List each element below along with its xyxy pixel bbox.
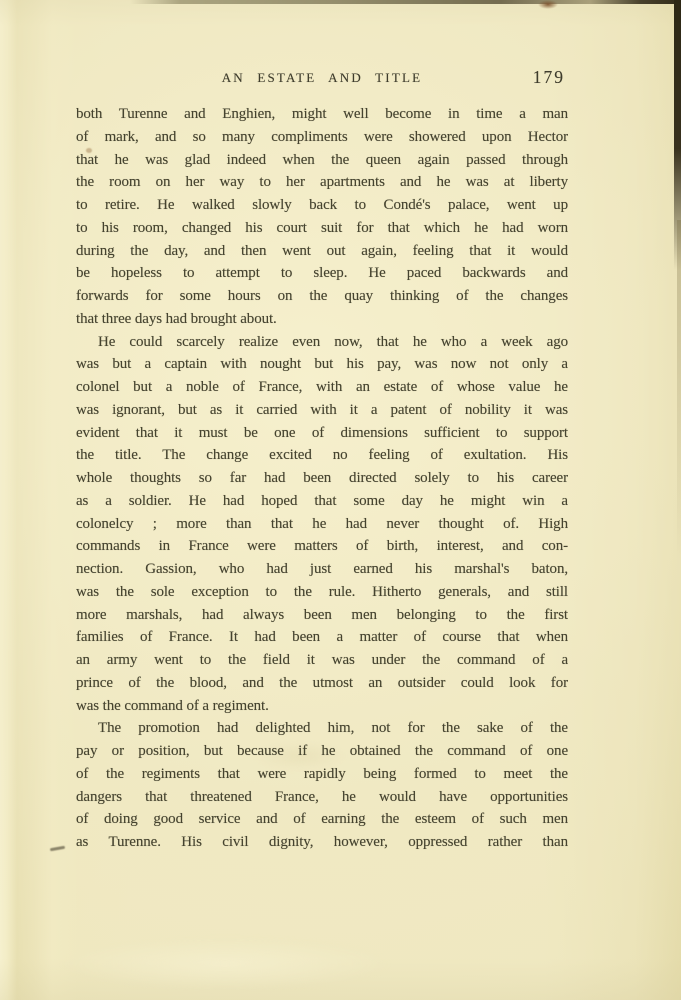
book-page-scan: AN ESTATE AND TITLE 179 both Turenne and… [0,0,681,1000]
text-line: was but a captain with nought but his pa… [76,353,568,376]
text-line: whole thoughts so far had been directed … [76,467,568,490]
text-line: of doing good service and of earning the… [76,808,568,831]
text-line: to his room, changed his court suit for … [76,217,568,240]
text-line: during the day, and then went out again,… [76,240,568,263]
paragraph: He could scarcely realize even now, that… [76,331,568,718]
text-line: more marshals, had always been men belon… [76,604,568,627]
text-line: be hopeless to attempt to sleep. He pace… [76,262,568,285]
text-line: the room on her way to her apartments an… [76,171,568,194]
text-line: evident that it must be one of dimension… [76,422,568,445]
text-line: families of France. It had been a matter… [76,626,568,649]
text-line: He could scarcely realize even now, that… [76,331,568,354]
text-line: an army went to the field it was under t… [76,649,568,672]
text-line: that three days had brought about. [76,308,568,331]
text-line: forwards for some hours on the quay thin… [76,285,568,308]
page-number: 179 [533,67,565,88]
text-line: as Turenne. His civil dignity, however, … [76,831,568,854]
text-line: pay or position, but because if he obtai… [76,740,568,763]
text-line: the title. The change excited no feeling… [76,444,568,467]
text-line: of mark, and so many compliments were sh… [76,126,568,149]
text-line: as a soldier. He had hoped that some day… [76,490,568,513]
page-content: AN ESTATE AND TITLE 179 both Turenne and… [76,0,568,1000]
text-line: commands in France were matters of birth… [76,535,568,558]
chapter-running-title: AN ESTATE AND TITLE [76,70,568,86]
margin-dash-mark [50,846,65,852]
paragraph: both Turenne and Enghien, might well bec… [76,103,568,331]
text-line: The promotion had delighted him, not for… [76,717,568,740]
page-edge-soft-shadow [677,220,681,560]
text-line: was ignorant, but as it carried with it … [76,399,568,422]
text-line: was the sole exception to the rule. Hith… [76,581,568,604]
text-line: colonelcy ; more than that he had never … [76,513,568,536]
text-line: to retire. He walked slowly back to Cond… [76,194,568,217]
text-line: nection. Gassion, who had just earned hi… [76,558,568,581]
text-line: both Turenne and Enghien, might well bec… [76,103,568,126]
paragraph: The promotion had delighted him, not for… [76,717,568,854]
text-line: colonel but a noble of France, with an e… [76,376,568,399]
text-line: was the command of a regiment. [76,695,568,718]
text-line: prince of the blood, and the utmost an o… [76,672,568,695]
text-line: dangers that threatened France, he would… [76,786,568,809]
body-text: both Turenne and Enghien, might well bec… [76,103,568,854]
text-line: that he was glad indeed when the queen a… [76,149,568,172]
text-line: of the regiments that were rapidly being… [76,763,568,786]
running-header: AN ESTATE AND TITLE 179 [76,67,568,89]
